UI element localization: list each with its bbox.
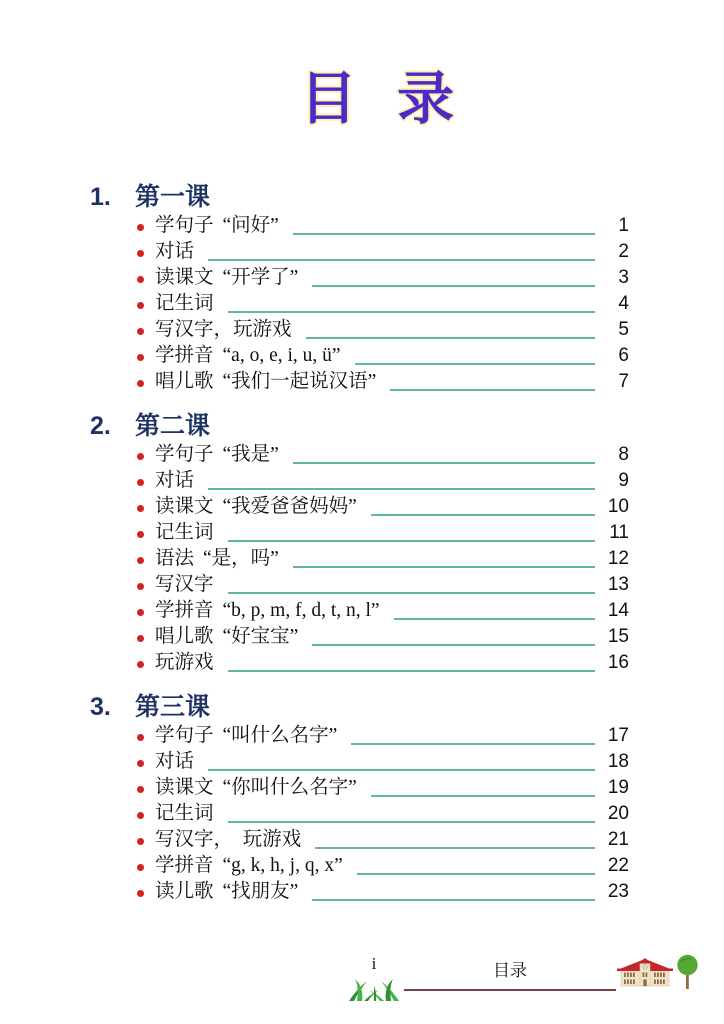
bullet-icon [137, 250, 144, 257]
bullet-icon [137, 380, 144, 387]
section-title: 第三课 [135, 692, 210, 723]
toc-item: 写汉字， 玩游戏 21 [90, 827, 629, 853]
toc-item: 学句子 “问好” 1 [90, 213, 629, 239]
footer-label: 目录 [493, 961, 527, 980]
toc-item-quote: “b, p, m, f, d, t, n, l” [223, 598, 380, 624]
leader-line [293, 462, 595, 464]
bullet-icon [137, 302, 144, 309]
toc-item: 记生词 4 [90, 291, 629, 317]
bullet-icon [137, 354, 144, 361]
toc-item-page: 16 [605, 650, 629, 676]
toc-item: 对话 2 [90, 239, 629, 265]
section-number: 2. [90, 411, 135, 442]
toc-item: 学句子 “我是” 8 [90, 442, 629, 468]
bullet-icon [137, 609, 144, 616]
toc-item-page: 3 [605, 265, 629, 291]
bullet-icon [137, 583, 144, 590]
toc-item-page: 12 [605, 546, 629, 572]
toc-item-page: 10 [605, 494, 629, 520]
toc-item-label: 唱儿歌 [155, 369, 214, 395]
section-number: 1. [90, 182, 135, 213]
bullet-icon [137, 276, 144, 283]
toc-item-label: 学拼音 [155, 853, 214, 879]
toc-item-quote: “开学了” [223, 265, 299, 291]
toc-item: 读课文 “我爱爸爸妈妈” 10 [90, 494, 629, 520]
page-title: 目 录 [0, 58, 724, 142]
bullet-icon [137, 505, 144, 512]
leader-line [351, 743, 595, 745]
toc-item-label: 唱儿歌 [155, 624, 214, 650]
toc-item: 语法 “是，吗” 12 [90, 546, 629, 572]
bullet-icon [137, 812, 144, 819]
toc-item-label: 写汉字，玩游戏 [155, 317, 292, 343]
toc-content: 1. 第一课 学句子 “问好” 1 对话 2 读课文 “开学了” 3 记生词 [0, 182, 724, 905]
toc-item: 对话 18 [90, 749, 629, 775]
bullet-icon [137, 890, 144, 897]
toc-item-page: 21 [605, 827, 629, 853]
leader-line [306, 337, 595, 339]
leader-line [355, 363, 595, 365]
bullet-icon [137, 531, 144, 538]
toc-item-page: 23 [605, 879, 629, 905]
bullet-icon [137, 557, 144, 564]
toc-item-label: 记生词 [155, 520, 214, 546]
leader-line [371, 514, 595, 516]
leader-line [390, 389, 595, 391]
toc-item-page: 7 [605, 369, 629, 395]
toc-item: 学拼音 “a, o, e, i, u, ü” 6 [90, 343, 629, 369]
toc-item-page: 6 [605, 343, 629, 369]
leader-line [228, 592, 595, 594]
toc-item: 唱儿歌 “好宝宝” 15 [90, 624, 629, 650]
leader-line [228, 540, 595, 542]
bullet-icon [137, 453, 144, 460]
leader-line [228, 821, 595, 823]
toc-item-label: 玩游戏 [155, 650, 214, 676]
bullet-icon [137, 734, 144, 741]
section-heading-3: 3. 第三课 [90, 692, 629, 723]
toc-item-label: 写汉字， 玩游戏 [155, 827, 301, 853]
toc-item-page: 8 [605, 442, 629, 468]
section-title: 第二课 [135, 411, 210, 442]
toc-item-page: 18 [605, 749, 629, 775]
leader-line [357, 873, 595, 875]
toc-item: 写汉字 13 [90, 572, 629, 598]
toc-item-label: 语法 [155, 546, 194, 572]
toc-item-label: 学句子 [155, 213, 214, 239]
toc-item: 写汉字，玩游戏 5 [90, 317, 629, 343]
toc-item: 读课文 “开学了” 3 [90, 265, 629, 291]
bullet-icon [137, 328, 144, 335]
toc-page: 目 录 1. 第一课 学句子 “问好” 1 对话 2 读课文 “开学了” 3 [0, 0, 724, 1024]
toc-item-label: 学拼音 [155, 598, 214, 624]
leader-line [208, 259, 595, 261]
bullet-icon [137, 786, 144, 793]
section-number: 3. [90, 692, 135, 723]
toc-item: 记生词 11 [90, 520, 629, 546]
leader-line [208, 769, 595, 771]
toc-item-label: 对话 [155, 239, 194, 265]
toc-item-quote: “叫什么名字” [223, 723, 338, 749]
leader-line [228, 670, 595, 672]
footer-page-number: i [352, 954, 396, 974]
toc-item-page: 17 [605, 723, 629, 749]
leader-line [208, 488, 595, 490]
leader-line [394, 618, 595, 620]
toc-item-label: 学句子 [155, 723, 214, 749]
section-title: 第一课 [135, 182, 210, 213]
leader-line [371, 795, 595, 797]
leader-line [293, 566, 595, 568]
leader-line [312, 644, 595, 646]
toc-item-page: 4 [605, 291, 629, 317]
bullet-icon [137, 760, 144, 767]
bullet-icon [137, 661, 144, 668]
toc-item-label: 读儿歌 [155, 879, 214, 905]
tree-icon [675, 954, 700, 990]
section-heading-1: 1. 第一课 [90, 182, 629, 213]
toc-item-label: 记生词 [155, 291, 214, 317]
toc-item-page: 13 [605, 572, 629, 598]
toc-item-quote: “问好” [223, 213, 279, 239]
leader-line [293, 233, 595, 235]
toc-item: 读课文 “你叫什么名字” 19 [90, 775, 629, 801]
toc-item: 记生词 20 [90, 801, 629, 827]
toc-item-quote: “你叫什么名字” [223, 775, 357, 801]
leader-line [315, 847, 595, 849]
toc-item-page: 2 [605, 239, 629, 265]
toc-item-quote: “我们一起说汉语” [223, 369, 377, 395]
toc-item-quote: “g, k, h, j, q, x” [223, 853, 343, 879]
bullet-icon [137, 224, 144, 231]
toc-item: 玩游戏 16 [90, 650, 629, 676]
toc-item: 学拼音 “g, k, h, j, q, x” 22 [90, 853, 629, 879]
toc-item-quote: “我是” [223, 442, 279, 468]
toc-item-quote: “找朋友” [223, 879, 299, 905]
toc-item-page: 9 [605, 468, 629, 494]
toc-item-label: 对话 [155, 749, 194, 775]
toc-item: 读儿歌 “找朋友” 23 [90, 879, 629, 905]
section-heading-2: 2. 第二课 [90, 411, 629, 442]
toc-item-page: 19 [605, 775, 629, 801]
toc-item-label: 对话 [155, 468, 194, 494]
toc-item-page: 22 [605, 853, 629, 879]
leader-line [312, 899, 595, 901]
toc-item-page: 11 [605, 520, 629, 546]
toc-item-label: 读课文 [155, 775, 214, 801]
toc-item-page: 15 [605, 624, 629, 650]
toc-item-label: 学拼音 [155, 343, 214, 369]
toc-item: 学拼音 “b, p, m, f, d, t, n, l” 14 [90, 598, 629, 624]
toc-item-label: 记生词 [155, 801, 214, 827]
toc-item-label: 学句子 [155, 442, 214, 468]
toc-item: 唱儿歌 “我们一起说汉语” 7 [90, 369, 629, 395]
bullet-icon [137, 479, 144, 486]
footer-rule: 目录 [404, 956, 616, 991]
toc-item-quote: “是，吗” [203, 546, 279, 572]
toc-item: 对话 9 [90, 468, 629, 494]
toc-item-page: 20 [605, 801, 629, 827]
toc-item-page: 5 [605, 317, 629, 343]
bullet-icon [137, 864, 144, 871]
bullet-icon [137, 635, 144, 642]
grass-icon [343, 974, 405, 1002]
school-icon [617, 956, 673, 988]
bullet-icon [137, 838, 144, 845]
page-footer: i 目录 [0, 944, 724, 1010]
toc-item-quote: “我爱爸爸妈妈” [223, 494, 357, 520]
leader-line [312, 285, 595, 287]
toc-item-page: 14 [605, 598, 629, 624]
toc-item-label: 读课文 [155, 494, 214, 520]
toc-item-label: 读课文 [155, 265, 214, 291]
leader-line [228, 311, 595, 313]
toc-item: 学句子 “叫什么名字” 17 [90, 723, 629, 749]
toc-item-label: 写汉字 [155, 572, 214, 598]
toc-item-quote: “a, o, e, i, u, ü” [223, 343, 341, 369]
toc-item-page: 1 [605, 213, 629, 239]
toc-item-quote: “好宝宝” [223, 624, 299, 650]
